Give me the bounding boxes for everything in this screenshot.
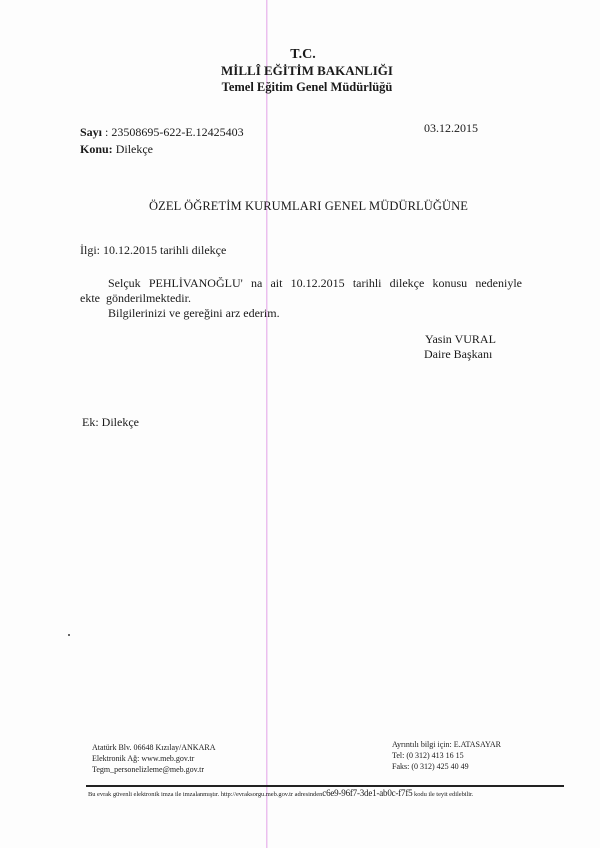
footer-address: Atatürk Blv. 06648 Kızılay/ANKARA — [92, 742, 215, 753]
konu-row: Konu: Dilekçe — [80, 141, 244, 158]
verify-code: c6e9-96f7-3de1-ab0c-f7f5 — [322, 788, 412, 798]
document-date: 03.12.2015 — [424, 121, 478, 136]
footer-email: Tegm_personelizleme@meb.gov.tr — [92, 764, 215, 775]
verify-prefix: Bu evrak güvenli elektronik imza ile imz… — [88, 791, 322, 798]
signer-name: Yasin VURAL — [424, 332, 496, 347]
attachment-line: Ek: Dilekçe — [82, 415, 139, 430]
letter-body: Selçuk PEHLİVANOĞLU' na ait 10.12.2015 t… — [80, 276, 522, 321]
scanner-artifact-line — [266, 0, 268, 848]
letterhead: T.C. MİLLÎ EĞİTİM BAKANLIĞI Temel Eğitim… — [0, 47, 600, 95]
footer-web: Elektronik Ağ: www.meb.gov.tr — [92, 753, 215, 764]
footer-fax: Faks: (0 312) 425 40 49 — [392, 761, 501, 772]
body-paragraph-2: Bilgilerinizi ve gereğini arz ederim. — [80, 306, 522, 321]
sayi-value: : 23508695-622-E.12425403 — [105, 125, 244, 139]
footer-tel: Tel: (0 312) 413 16 15 — [392, 750, 501, 761]
letterhead-ministry: MİLLÎ EĞİTİM BAKANLIĞI — [0, 63, 600, 79]
sayi-row: Sayı : 23508695-622-E.12425403 — [80, 124, 244, 141]
signature-block: Yasin VURAL Daire Başkanı — [424, 332, 496, 362]
verification-note: Bu evrak güvenli elektronik imza ile imz… — [88, 788, 473, 798]
reference-line: İlgi: 10.12.2015 tarihli dilekçe — [80, 243, 226, 258]
konu-value: Dilekçe — [116, 142, 153, 156]
letterhead-tc: T.C. — [0, 47, 600, 63]
footer-contact-block: Ayrıntılı bilgi için: E.ATASAYAR Tel: (0… — [392, 739, 501, 772]
sayi-label: Sayı — [80, 125, 102, 139]
scan-speck — [68, 634, 70, 636]
body-paragraph-1: Selçuk PEHLİVANOĞLU' na ait 10.12.2015 t… — [80, 276, 522, 306]
document-meta: Sayı : 23508695-622-E.12425403 Konu: Dil… — [80, 124, 244, 158]
verify-suffix: kodu ile teyit edilebilir. — [412, 791, 473, 798]
konu-label: Konu: — [80, 142, 113, 156]
footer-address-block: Atatürk Blv. 06648 Kızılay/ANKARA Elektr… — [92, 742, 215, 775]
footer-divider — [86, 785, 564, 787]
letterhead-directorate: Temel Eğitim Genel Müdürlüğü — [0, 79, 600, 95]
signer-title: Daire Başkanı — [424, 347, 496, 362]
footer-contact: Ayrıntılı bilgi için: E.ATASAYAR — [392, 739, 501, 750]
addressee: ÖZEL ÖĞRETİM KURUMLARI GENEL MÜDÜRLÜĞÜNE — [149, 199, 468, 214]
